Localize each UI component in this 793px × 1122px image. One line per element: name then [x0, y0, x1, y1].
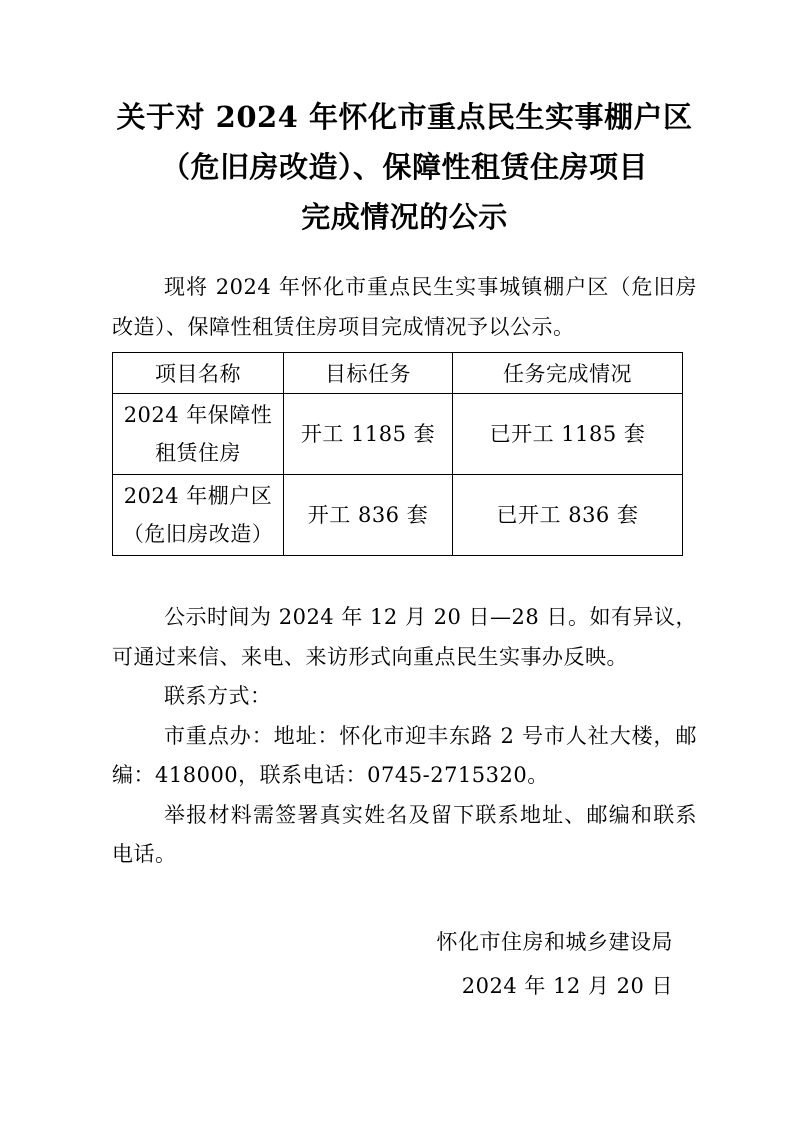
- header-cell-completion-status: 任务完成情况: [453, 353, 683, 394]
- project-completion-table: 项目名称 目标任务 任务完成情况 2024 年保障性租赁住房 开工 1185 套…: [112, 352, 683, 556]
- cell-project-name-shantytown: 2024 年棚户区（危旧房改造）: [113, 475, 284, 556]
- cell-target-shantytown: 开工 836 套: [284, 475, 453, 556]
- cell-status-shantytown: 已开工 836 套: [453, 475, 683, 556]
- signature-date: 2024 年 12 月 20 日: [112, 964, 673, 1008]
- header-cell-target-task: 目标任务: [284, 353, 453, 394]
- paragraph-report-requirement: 举报材料需签署真实姓名及留下联系地址、邮编和联系电话。: [112, 796, 697, 875]
- cell-project-name-rental: 2024 年保障性租赁住房: [113, 394, 284, 475]
- table-header-row: 项目名称 目标任务 任务完成情况: [113, 353, 683, 394]
- cell-target-rental: 开工 1185 套: [284, 394, 453, 475]
- cell-status-rental: 已开工 1185 套: [453, 394, 683, 475]
- intro-paragraph: 现将 2024 年怀化市重点民生实事城镇棚户区（危旧房改造）、保障性租赁住房项目…: [112, 268, 697, 347]
- header-cell-project-name: 项目名称: [113, 353, 284, 394]
- signature-block: 怀化市住房和城乡建设局 2024 年 12 月 20 日: [112, 920, 697, 1008]
- table-row-shantytown: 2024 年棚户区（危旧房改造） 开工 836 套 已开工 836 套: [113, 475, 683, 556]
- table-row-rental-housing: 2024 年保障性租赁住房 开工 1185 套 已开工 1185 套: [113, 394, 683, 475]
- title-line-3: 完成情况的公示: [112, 192, 697, 242]
- document-page: 关于对 2024 年怀化市重点民生实事棚户区 （危旧房改造）、保障性租赁住房项目…: [0, 0, 793, 1122]
- title-line-1: 关于对 2024 年怀化市重点民生实事棚户区: [112, 92, 697, 142]
- title-line-2: （危旧房改造）、保障性租赁住房项目: [112, 142, 697, 192]
- signature-organization: 怀化市住房和城乡建设局: [112, 920, 673, 964]
- paragraph-contact-info: 市重点办：地址：怀化市迎丰东路 2 号市人社大楼，邮编：418000，联系电话：…: [112, 717, 697, 796]
- document-title: 关于对 2024 年怀化市重点民生实事棚户区 （危旧房改造）、保障性租赁住房项目…: [112, 92, 697, 242]
- paragraph-contact-heading: 联系方式：: [112, 677, 697, 717]
- paragraph-publicity-period: 公示时间为 2024 年 12 月 20 日—28 日。如有异议，可通过来信、来…: [112, 598, 697, 677]
